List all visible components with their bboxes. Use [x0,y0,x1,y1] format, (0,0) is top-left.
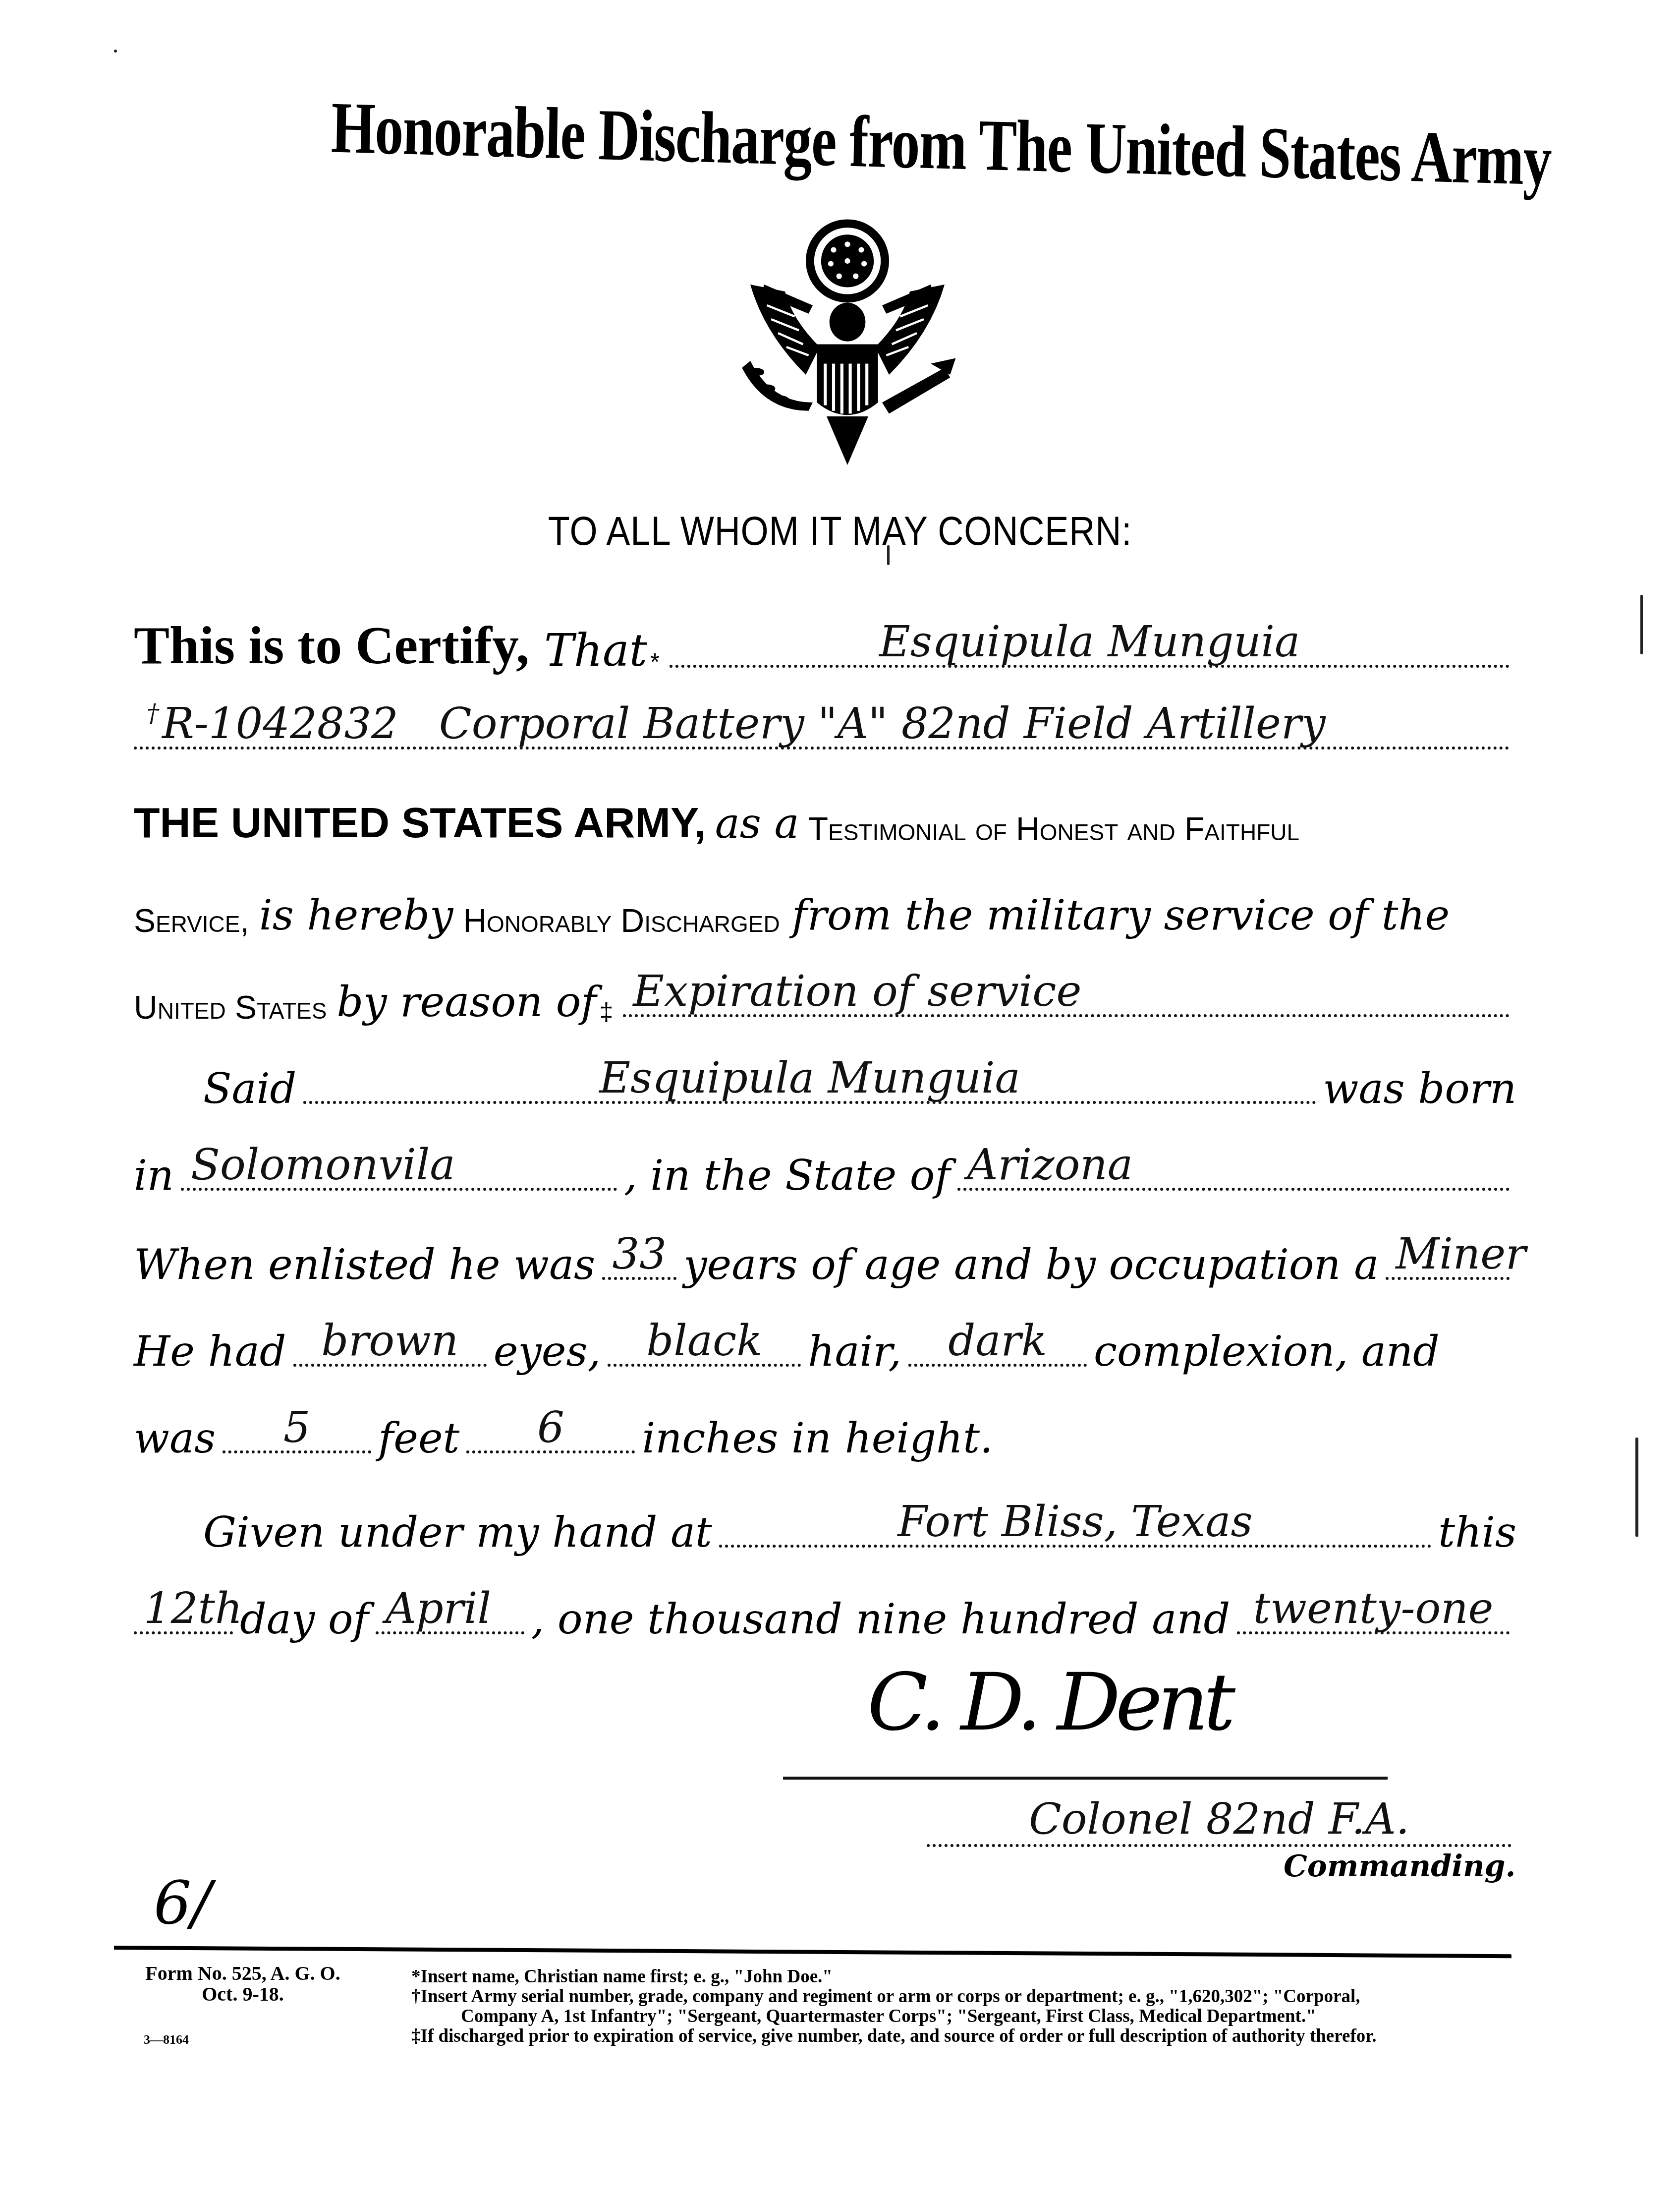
age-value: 33 [602,1229,676,1279]
by-reason-text: by reason of [336,978,596,1026]
year-text: , one thousand nine hundred and [531,1595,1231,1643]
army-name: THE UNITED STATES ARMY, [134,799,706,848]
footnote-serial-cont: Company A, 1st Infantry"; "Sergeant, Qua… [411,2007,1526,2026]
as-a-text: as a [715,799,799,848]
occupation-field: Miner [1386,1217,1510,1280]
birth-town-field: Solomonvila [181,1128,617,1191]
place-value: Fort Bliss, Texas [719,1497,1431,1547]
scan-speck [114,50,117,53]
discharge-line: Service, is hereby Honorably Discharged … [134,865,1516,939]
said-text: Said [203,1064,296,1113]
from-military-text: from the military service of the [792,891,1450,939]
when-enlisted-text: When enlisted he was [134,1240,595,1289]
inches-value: 6 [466,1403,635,1452]
given-line: Given under my hand at Fort Bliss, Texas… [134,1482,1516,1557]
this-text: this [1438,1508,1516,1557]
place-field: Fort Bliss, Texas [719,1485,1431,1548]
serial-grade-field: †R-1042832 Corporal Battery "A" 82nd Fie… [134,687,1510,750]
form-number: Form No. 525, A. G. O. Oct. 9-18. [114,1963,372,2005]
in-state-text: , in the State of [624,1151,951,1200]
name-field: Esquipula Munguia [670,605,1510,668]
day-field: 12th [134,1572,233,1634]
feet-value: 5 [223,1403,371,1452]
birth-state-field: Arizona [957,1128,1510,1191]
eyes-value: brown [293,1316,487,1366]
certify-that: That [544,625,647,677]
scan-speck [887,545,890,565]
united-states-text: United States [134,988,327,1026]
grade-unit: Corporal Battery "A" 82nd Field Artiller… [439,699,1326,749]
day-of-text: day of [240,1595,369,1643]
year-field: twenty-one [1237,1572,1510,1634]
inches-field: 6 [466,1391,635,1453]
salutation: TO ALL WHOM IT MAY CONCERN: [101,508,1579,555]
certify-lead: This is to Certify, [134,615,529,677]
is-hereby-text: is hereby [259,891,453,939]
eyes-field: brown [293,1304,487,1367]
said-name-field: Esquipula Munguia [303,1041,1316,1104]
was-born-text: was born [1323,1064,1516,1113]
hair-field: black [608,1304,801,1367]
height-line: was 5 feet 6 inches in height. [134,1388,1516,1462]
great-seal-eagle-icon [709,208,986,486]
rank-value: Colonel 82nd F.A. [927,1794,1512,1844]
inches-text: inches in height. [642,1414,993,1462]
document-title: Honorable Discharge from The United Stat… [331,86,1344,197]
said-line: Said Esquipula Munguia was born [134,1039,1516,1113]
testimonial-line: THE UNITED STATES ARMY, as a Testimonial… [134,773,1516,848]
features-line: He had brown eyes, black hair, dark comp… [134,1301,1516,1376]
serial-number: R-1042832 [162,699,398,749]
age-field: 33 [602,1217,676,1280]
footnote-serial: †Insert Army serial number, grade, compa… [411,1987,1526,2007]
birth-state-value: Arizona [957,1140,1510,1190]
footer-divider [114,1946,1512,1958]
birth-line: in Solomonvila , in the State of Arizona [134,1125,1516,1200]
form-number-text: Form No. 525, A. G. O. [114,1963,372,1984]
footnote-marker-double-dagger: ‡ [599,997,613,1026]
he-had-text: He had [134,1327,286,1376]
commanding-label: Commanding. [1284,1849,1515,1884]
said-name-value: Esquipula Munguia [303,1053,1316,1103]
hair-value: black [608,1316,801,1366]
footnote-marker-dagger: † [147,699,159,728]
hair-text: hair, [808,1327,901,1376]
enlist-line: When enlisted he was 33 years of age and… [134,1214,1516,1289]
honorably-discharged-text: Honorably Discharged [463,902,780,939]
footnote-discharge: ‡If discharged prior to expiration of se… [411,2026,1526,2046]
signature: C. D. Dent [867,1656,1231,1748]
eyes-text: eyes, [494,1327,601,1376]
birth-town-value: Solomonvila [181,1140,617,1190]
reason-value: Expiration of service [623,967,1510,1016]
date-line: 12th day of April , one thousand nine hu… [134,1569,1516,1643]
month-value: April [376,1584,524,1633]
scan-speck [1640,595,1643,654]
in-text: in [134,1151,174,1200]
form-code: 3—8164 [144,2032,189,2047]
complexion-text: complexion, and [1094,1327,1440,1376]
years-occupation-text: years of age and by occupation a [683,1240,1379,1289]
reason-line: United States by reason of ‡ Expiration … [134,952,1516,1026]
page-mark: 6/ [154,1869,212,1938]
complexion-field: dark [908,1304,1087,1367]
name-value: Esquipula Munguia [670,617,1510,667]
signature-line [783,1777,1388,1780]
day-value: 12th [134,1584,233,1633]
month-field: April [376,1572,524,1634]
given-text: Given under my hand at [203,1508,712,1557]
scan-speck [1635,1438,1638,1537]
reason-field: Expiration of service [623,955,1510,1017]
occupation-value: Miner [1386,1229,1510,1279]
service-text: Service, [134,902,249,939]
testimonial-text: Testimonial of Honest and Faithful [808,810,1299,848]
feet-text: feet [378,1414,459,1462]
certify-line: This is to Certify, That * Esquipula Mun… [134,602,1516,677]
service-line: †R-1042832 Corporal Battery "A" 82nd Fie… [134,684,1516,758]
complexion-value: dark [908,1316,1087,1366]
year-value: twenty-one [1237,1584,1510,1633]
footnote-marker-asterisk: * [650,648,660,677]
signature-block: C. D. Dent [783,1651,1388,1780]
form-date: Oct. 9-18. [114,1984,372,2005]
feet-field: 5 [223,1391,371,1453]
footnote-name: *Insert name, Christian name first; e. g… [411,1967,1526,1987]
footnotes: *Insert name, Christian name first; e. g… [411,1967,1526,2046]
rank-field: Colonel 82nd F.A. [927,1785,1512,1847]
was-text: was [134,1414,216,1462]
